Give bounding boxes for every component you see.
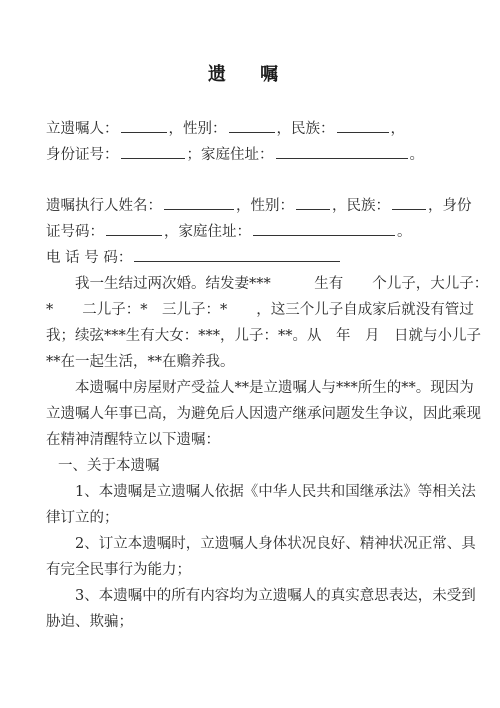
paragraph-line: 律订立的；	[46, 508, 458, 528]
paragraph-line: 本遗嘱中房屋财产受益人**是立遗嘱人与***所生的**。现因为	[46, 378, 487, 398]
paragraph-line: 我；续弦***生有大女：***，儿子：**。从 年 月 日就与小儿子	[46, 326, 458, 346]
paragraph-line: 2、订立本遗嘱时，立遗嘱人身体状况良好、精神状况正常、具	[46, 534, 487, 554]
paragraph-line: 有完全民事行为能力；	[46, 560, 458, 580]
testator-ethnicity-label: ，民族：	[277, 121, 335, 137]
executor-name-label: 遗嘱执行人姓名：	[46, 198, 162, 214]
paragraph-line: 我一生结过两次婚。结发妻*** 生有 个儿子，大儿子：	[46, 274, 487, 294]
testator-name-blank[interactable]	[121, 118, 167, 133]
executor-id-blank[interactable]	[106, 221, 162, 236]
testator-name-label: 立遗嘱人：	[46, 121, 119, 137]
testator-gender-label: ，性别：	[169, 121, 227, 137]
paragraph-line: * 二儿子：* 三儿子：* ，这三个儿子自成家后就没有管过	[46, 300, 458, 320]
executor-line-1: 遗嘱执行人姓名：，性别：，民族：，身份	[46, 195, 458, 216]
paragraph-line: 在精神清醒特立以下遗嘱：	[46, 430, 458, 450]
paragraph-line: 胁迫、欺骗；	[46, 612, 458, 632]
executor-id-label-b: 证号码：	[46, 224, 104, 240]
document-title: 遗 嘱	[0, 60, 500, 86]
paragraph-line: **在一起生活，**在赡养我。	[46, 352, 458, 372]
executor-line-3: 电 话 号 码：	[46, 247, 458, 268]
paragraph-line: 立遗嘱人年事已高，为避免后人因遗产继承问题发生争议，因此乘现	[46, 404, 458, 424]
testator-id-blank[interactable]	[121, 144, 185, 159]
executor-phone-blank[interactable]	[134, 247, 340, 262]
testator-line-2: 身份证号：；家庭住址：。	[46, 144, 458, 165]
executor-name-blank[interactable]	[164, 195, 234, 210]
executor-ethnicity-label: ，民族：	[332, 198, 390, 214]
executor-address-label: ，家庭住址：	[164, 224, 251, 240]
paragraph-line: 1、本遗嘱是立遗嘱人依据《中华人民共和国继承法》等相关法	[46, 482, 487, 502]
section-heading: 一、关于本遗嘱	[46, 456, 470, 476]
document-page: 遗 嘱 立遗嘱人：，性别：，民族：， 身份证号：；家庭住址：。 遗嘱执行人姓名：…	[0, 0, 500, 708]
testator-address-label: ；家庭住址：	[187, 147, 274, 163]
testator-id-label: 身份证号：	[46, 147, 119, 163]
executor-ethnicity-blank[interactable]	[392, 195, 426, 210]
testator-address-blank[interactable]	[276, 144, 408, 159]
executor-phone-label: 电 话 号 码：	[46, 250, 132, 266]
executor-id-label-a: ，身份	[428, 198, 472, 214]
executor-gender-label: ，性别：	[236, 198, 294, 214]
testator-line-1: 立遗嘱人：，性别：，民族：，	[46, 118, 458, 139]
executor-line-2: 证号码：，家庭住址：。	[46, 221, 458, 242]
executor-gender-blank[interactable]	[296, 195, 330, 210]
paragraph-line: 3、本遗嘱中的所有内容均为立遗嘱人的真实意思表达，未受到	[46, 586, 487, 606]
punctuation: 。	[397, 224, 412, 240]
punctuation: 。	[410, 147, 425, 163]
punctuation: ，	[391, 121, 406, 137]
executor-address-blank[interactable]	[253, 221, 395, 236]
testator-gender-blank[interactable]	[229, 118, 275, 133]
testator-ethnicity-blank[interactable]	[337, 118, 389, 133]
